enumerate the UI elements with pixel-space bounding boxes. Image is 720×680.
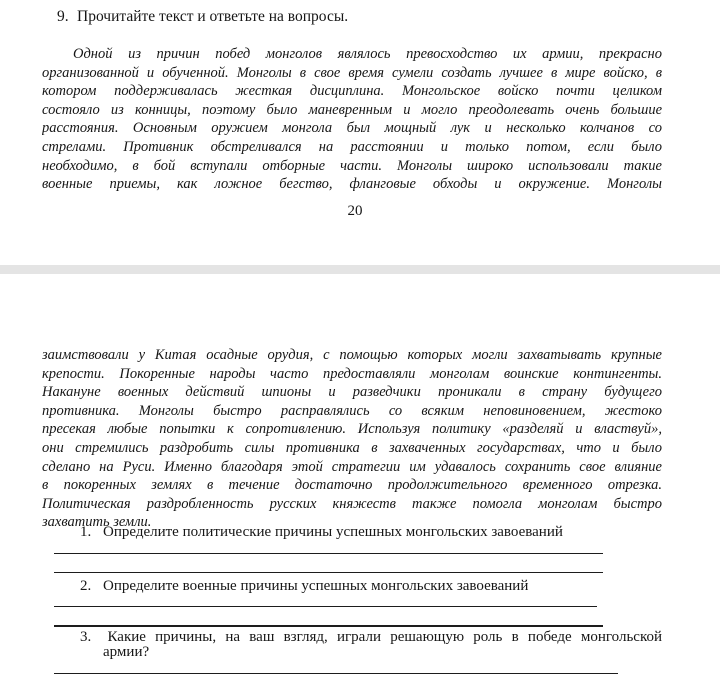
scanned-worksheet: 9.Прочитайте текст и ответьте на вопросы… bbox=[0, 0, 720, 680]
passage-line: Накануне военных действий шпионы и разве… bbox=[42, 383, 662, 402]
page-number: 20 bbox=[0, 203, 710, 220]
passage-line: необходимо, в бой вступали отборные част… bbox=[42, 157, 662, 176]
passage-line: состояло из конницы, поэтому было маневр… bbox=[42, 101, 662, 120]
answer-blank-line bbox=[54, 625, 603, 627]
passage-line: Политическая раздробленность русских кня… bbox=[42, 495, 662, 514]
question-3-line-2: армии? bbox=[103, 645, 662, 660]
passage-line: они стремились раздробить силы противник… bbox=[42, 439, 662, 458]
passage-line: крепости. Покоренные народы часто предос… bbox=[42, 365, 662, 384]
question-2: 2.Определите военные причины успешных мо… bbox=[80, 578, 662, 595]
passage-line: сделано на Руси. Именно благодаря этой с… bbox=[42, 458, 662, 477]
question-1: 1.Определите политические причины успешн… bbox=[80, 524, 662, 541]
question-1-number: 1. bbox=[80, 524, 103, 541]
question-3-text: Какие причины, на ваш взгляд, играли реш… bbox=[107, 630, 662, 645]
question-2-number: 2. bbox=[80, 578, 103, 595]
answer-blank-line bbox=[54, 572, 603, 574]
question-3-number: 3. bbox=[80, 630, 91, 645]
task-heading-text: Прочитайте текст и ответьте на вопросы. bbox=[77, 8, 348, 25]
passage-line: Одной из причин побед монголов являлось … bbox=[42, 45, 662, 64]
passage-line: военные приемы, как ложное бегство, флан… bbox=[42, 175, 662, 194]
passage-line: котором поддерживалась жесткая дисциплин… bbox=[42, 82, 662, 101]
passage-line: пресекая любые попытки к сопротивлению. … bbox=[42, 420, 662, 439]
answer-blank-line bbox=[54, 553, 603, 555]
answer-blank-line bbox=[54, 673, 618, 675]
question-2-text: Определите военные причины успешных монг… bbox=[103, 578, 528, 594]
passage-line: стрелами. Противник обстреливался на рас… bbox=[42, 138, 662, 157]
page-separator-band bbox=[0, 265, 720, 274]
question-3-line-1: 3. Какие причины, на ваш взгляд, играли … bbox=[80, 630, 662, 645]
passage-line: противника. Монголы быстро расправлялись… bbox=[42, 402, 662, 421]
task-number: 9. bbox=[57, 8, 77, 26]
answer-blank-line bbox=[54, 606, 597, 608]
task-heading: 9.Прочитайте текст и ответьте на вопросы… bbox=[57, 8, 348, 26]
passage-line: организованной и обученной. Монголы в св… bbox=[42, 64, 662, 83]
passage-line: в покоренных землях в течение достаточно… bbox=[42, 476, 662, 495]
question-1-text: Определите политические причины успешных… bbox=[103, 524, 563, 540]
question-3: 3. Какие причины, на ваш взгляд, играли … bbox=[80, 630, 662, 661]
reading-passage-part-2: заимствовали у Китая осадные орудия, с п… bbox=[42, 346, 662, 532]
passage-line: расстояния. Основным оружием монгола был… bbox=[42, 119, 662, 138]
passage-line: заимствовали у Китая осадные орудия, с п… bbox=[42, 346, 662, 365]
reading-passage-part-1: Одной из причин побед монголов являлось … bbox=[42, 45, 662, 194]
